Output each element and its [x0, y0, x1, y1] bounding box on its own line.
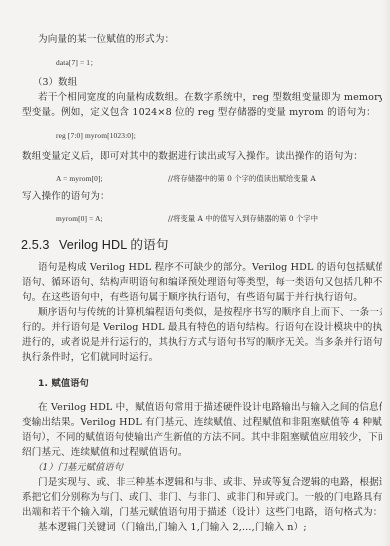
para1-line: 句。在这些语句中，有些语句属于顺序执行语句，有些语句属于并行执行语句。 — [22, 292, 363, 304]
section-number: 2.5.3 — [21, 237, 59, 253]
para2-line: 行的。并行语句是 Verilog HDL 最具有特色的语句结构。行语句在设计模块… — [22, 322, 390, 334]
para4-line: 出端和若干个输入端，门基元赋值语句用于描述（设计）这些门电路，语句格式为： — [22, 507, 383, 519]
heading-assign: 1. 赋值语句 — [38, 378, 89, 390]
gate-format: 基本逻辑门关键词（门输出,门输入 1,门输入 2,…,门输入 n）; — [38, 522, 307, 534]
subsection-array: （3）数组 — [33, 77, 77, 89]
array-read-intro: 数组变量定义后，即可对其中的数据进行读出或写入操作。读出操作的语句为： — [22, 151, 363, 163]
para3-line: 在 Verilog HDL 中，赋值语句常用于描述硬件设计电路输出与输入之间的信… — [38, 402, 390, 414]
para4-line: 门是实现与、或、非三种基本逻辑和与非、或非、异或等复合逻辑的电路，根据逻辑关 — [38, 477, 390, 489]
para2-line: 顺序语句与传统的计算机编程语句类似，是按程序书写的顺序自上而下、一条一条地执 — [38, 307, 390, 319]
code-write: myrom[0] = A; — [56, 213, 103, 225]
comment-read: //将存储器中的第 0 个字的值读出赋给变量 A — [168, 173, 316, 185]
page-edge-shadow — [382, 0, 390, 546]
array-para-line: 型变量。例如，定义包含 1024×8 位的 reg 型存储器的变量 myrom … — [22, 107, 376, 119]
para1-line: 语句是构成 Verilog HDL 程序不可缺少的部分。Verilog HDL … — [38, 262, 390, 274]
para2-line: 执行条件时，它们就同时运行。 — [22, 352, 158, 364]
para4-line: 系把它们分别称为与门、或门、非门、与非门、或非门和异或门。一般的门电路具有一个输 — [22, 492, 390, 504]
para3-line: 变输出结果。Verilog HDL 有门基元、连续赋值、过程赋值和非阻塞赋值等 … — [22, 417, 390, 429]
para3-line: 语句），不同的赋值语句使输出产生新值的方法不同。其中非阻塞赋值应用较少，下面主要… — [22, 432, 390, 444]
code-read: A = myrom[0]; — [56, 173, 103, 185]
section-title: Verilog HDL 的语句 — [59, 238, 169, 252]
intro-vector-bit: 为向量的某一位赋值的形式为： — [38, 34, 174, 46]
section-heading: 2.5.3Verilog HDL 的语句 — [21, 237, 169, 253]
para2-line: 进行的，或者说是并行运行的，其执行方式与语句书写的顺序无关。当多条并行语句都满足 — [22, 337, 390, 349]
array-write-intro: 写入操作的语句为： — [22, 191, 110, 203]
code-reg-decl: reg [7:0] myrom[1023:0]; — [56, 130, 136, 142]
array-para-line: 若干个相同宽度的向量构成数组。在数字系统中，reg 型数组变量即为 memory… — [38, 92, 390, 104]
comment-write: //将变量 A 中的值写入到存储器的第 0 个字中 — [168, 213, 318, 225]
book-page: 为向量的某一位赋值的形式为： data[7] = 1； （3）数组 若干个相同宽… — [0, 0, 390, 546]
para3-line: 绍门基元、连续赋值和过程赋值语句。 — [22, 447, 188, 459]
para1-line: 语句、循环语句、结构声明语句和编译预处理语句等类型，每一类语句又包括几种不同的语 — [22, 277, 390, 289]
subsection-gate: （1）门基元赋值语句 — [33, 462, 123, 474]
code-vector-bit: data[7] = 1； — [56, 57, 98, 69]
